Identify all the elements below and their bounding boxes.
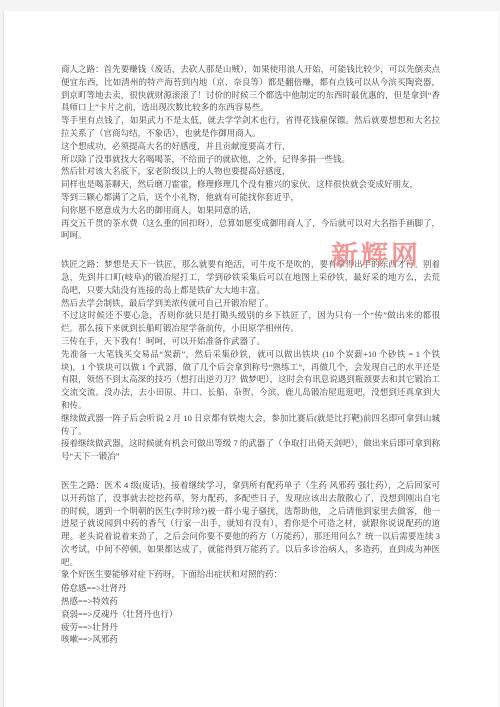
paragraph: 然后针对该大名底下，家老阶级以上的人物也要提高好感度， [61, 165, 440, 178]
remedy-line: 疲劳==>壮肾丹 [61, 621, 440, 634]
paragraph: 等手里有点钱了，如果武力不是太低，就去学学剑术也行，省得花钱雇保镖。然后就要想想… [61, 114, 440, 140]
remedy-line: 衰弱==>反魂丹（壮肾丹也行） [61, 608, 440, 621]
paragraph: 问你愿不愿意成为大名的御用商人，如果同意的话， [61, 204, 440, 217]
paragraph: 继续做武器一阵子后会听说 2 月 10 日京都有铁炮大会，参加比赛后(就是比打靶… [61, 412, 440, 438]
paragraph: 医生之路：医术 4 级(废话)，接着继续学习，拿到所有配药单子（生药 风邪药 强… [61, 479, 440, 569]
paragraph: 象个好医生要能够对症下药呀，下面给出症状和对照的药： [61, 568, 440, 581]
document-page: 商人之路：首先要赚钱（废话，去砍人那是山贼），如果使用浪人开始，可能钱比较少，可… [3, 11, 499, 707]
remedy-line: 咳嗽==>风邪药 [61, 633, 440, 646]
paragraph: 接着继续做武器，这时候就有机会可做出等级 7 的武器了（争取打出倚天剑吧），做出… [61, 437, 440, 463]
paragraph: 不过这时候还不要心急，否则你就只是打锄头级别的乡下铁匠了，因为只有一个“传”做出… [61, 309, 440, 335]
section-blacksmith-path: 铁匠之路：梦想是天下一铁匠，那么就要有绝活，可牛皮不是吹的，要有拿得出手的东西才… [61, 258, 440, 463]
document-text-block: 商人之路：首先要赚钱（废话，去砍人那是山贼），如果使用浪人开始，可能钱比较少，可… [61, 63, 440, 646]
paragraph: 这个想成功，必须提高大名的好感度，并且贡献度要高才行， [61, 140, 440, 153]
paragraph: 等到三颗心都满了之后，送个小礼物，他就有可能找你套近乎， [61, 191, 440, 204]
paragraph: 然后去学会制铁，最后学到美浓传就可自己开锻冶屋了。 [61, 297, 440, 310]
paragraph: 铁匠之路：梦想是天下一铁匠，那么就要有绝活，可牛皮不是吹的，要有拿得出手的东西才… [61, 258, 440, 296]
paragraph: 先准备一大笔钱买交易品“炭薪”，然后采集砂铁，就可以做出铁块 (10 个炭薪+1… [61, 348, 440, 412]
remedy-list: 倦怠感==>壮肾丹 热感==>特效药 衰弱==>反魂丹（壮肾丹也行） 疲劳==>… [61, 582, 440, 646]
remedy-line: 倦怠感==>壮肾丹 [61, 582, 440, 595]
section-merchant-path: 商人之路：首先要赚钱（废话，去砍人那是山贼），如果使用浪人开始，可能钱比较少，可… [61, 63, 440, 242]
paragraph: 三传在手，天下我有！呵呵，可以开始准备作武器了。 [61, 335, 440, 348]
section-doctor-path: 医生之路：医术 4 级(废话)，接着继续学习，拿到所有配药单子（生药 风邪药 强… [61, 479, 440, 646]
paragraph: 所以除了没事就找大名喝喝茶，不给面子的就砍他，之外，记得多捐一些钱。 [61, 153, 440, 166]
paragraph: 商人之路：首先要赚钱（废话，去砍人那是山贼），如果使用浪人开始，可能钱比较少，可… [61, 63, 440, 114]
paragraph: 再交五千贯的茶水费（这么重的回扣呀），总算如愿变成御用商人了，今后就可以对大名指… [61, 217, 440, 243]
remedy-line: 热感==>特效药 [61, 595, 440, 608]
paragraph: 同样也是喝茶聊天，然后磨刀霍霍，修理修理几个没有雅兴的家伙，这样很快就会变成好朋… [61, 178, 440, 191]
